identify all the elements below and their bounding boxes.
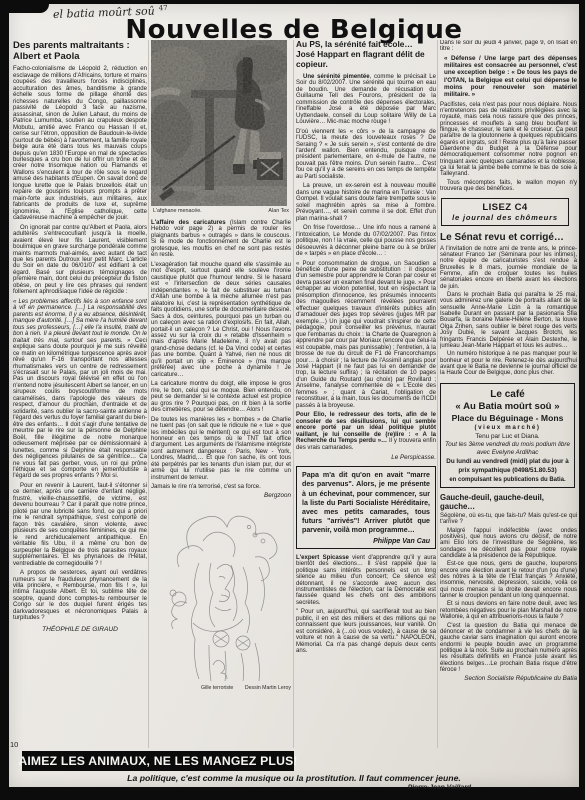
heading-line: Albert et Paola	[13, 51, 80, 62]
paragraph: Une sérénité pimentée, comme le précisai…	[296, 74, 436, 126]
section-signature: Section Socialiste Républicaine du Batia	[440, 675, 577, 682]
cafe-address: Place du Béguinage - Mons	[444, 413, 571, 423]
page-number: 10	[10, 740, 18, 749]
cafe-name: « Au Batia moûrt soû »	[444, 401, 571, 412]
paragraph: Dans le prochain Batia qui paraîtra le 2…	[440, 292, 577, 349]
column-rule	[437, 40, 438, 748]
paragraph-text: vient d'apprendre qu'il y aura bientôt d…	[296, 555, 436, 606]
paragraph: " Pour un, aujourd'hui, qui sacrifierait…	[296, 609, 436, 654]
cafe-title: Le café	[444, 389, 571, 400]
quoted-text: « Les problèmes affectifs liés à son enf…	[13, 299, 147, 344]
author-signature: Bergzoon	[151, 492, 291, 499]
paper-sheet: el batia moûrt soû47 Nouvelles de Belgiq…	[9, 4, 579, 787]
author-signature: THÉOPHILE DE GIRAUD	[13, 626, 147, 633]
cafe-hours: Du lundi au vendredi (midi) plat du jour…	[444, 458, 571, 474]
lisez-c4-box: LISEZ C4 le journal des chômeurs	[441, 198, 569, 226]
paragraph: L'affaire des caricatures (Islam contre …	[151, 220, 291, 259]
scan-corner-shadow	[9, 4, 49, 13]
paragraph-text: (Islam contre Charlie Hebdo voir page 2)…	[151, 220, 291, 258]
column-rule	[148, 40, 149, 748]
cafe-owners: Tenu par Luc et Diana.	[444, 433, 571, 440]
afghane-photo	[151, 40, 287, 206]
drawing-caption: Gille terroriste	[201, 685, 233, 691]
paragraph: La preuve, un ex-serein est à nouveau mo…	[296, 183, 436, 222]
paragraph: On frise l'overdose… Une info nous a ram…	[296, 225, 436, 257]
paragraph: A l'invitation de notre ami de trente an…	[440, 246, 577, 291]
paragraph: Malgré l'appui indéfectible (avec ondes …	[440, 528, 577, 560]
newspaper-page: el batia moûrt soû47 Nouvelles de Belgiq…	[0, 0, 585, 800]
article-heading: Au PS, la sérénité fait école… José Happ…	[296, 40, 436, 70]
paragraph: Jamais le rire n'a terrorisé, c'est sa f…	[151, 484, 291, 490]
gauche-heading: Gauche-deuil, gauche-deuil, gauche…	[440, 493, 577, 511]
paragraph: « Pour consommation de drogue, un Saoudi…	[296, 261, 436, 410]
paragraph: Dans le soir du jeudi 4 janvier, page 9,…	[440, 40, 577, 53]
afghane-photo-image	[151, 40, 287, 206]
paragraph: Tous mécomptes faits, le wallon moyen n'…	[440, 180, 577, 193]
paragraph: La caricature montre du doigt, elle impo…	[151, 381, 291, 413]
paragraph: On ignorait par contre qu'Albert et Paol…	[13, 225, 147, 296]
paragraph-text: , comme le précisait Le Soir du 8/02/200…	[296, 74, 436, 125]
paragraph: Pacifistes, cela n'est pas pour nous dép…	[440, 102, 577, 178]
article-lead: L'expert Spicasse	[296, 555, 349, 561]
cafe-event: Tout les 3ème vendredi du mois podium li…	[444, 441, 571, 457]
papa-quote-box: Papa m'a dit qu'on en avait "marre des p…	[296, 466, 436, 549]
paragraph: D'où viennent les « côrs » de la campagn…	[296, 129, 436, 181]
photo-caption: L'afghane menacée.	[153, 208, 202, 214]
quote-signature: Philippe Van Cau	[302, 538, 430, 545]
headline-quote: « Défense / Une large part des dépenses …	[444, 55, 577, 99]
column-parents-maltraitants: Des parents maltraitants : Albert et Pao…	[13, 40, 147, 748]
animals-banner: AIMEZ LES ANIMAUX, NE LES MANGEZ PLUS!	[22, 751, 294, 771]
paragraph: Pour Elio, le redresseur des torts, afin…	[296, 412, 436, 451]
paragraph: Facho-colonialisme de Léopold 2, réducti…	[13, 66, 147, 221]
lisez-title: LISEZ C4	[444, 202, 566, 213]
footer-signature: Pierre-Jean Vaillard	[309, 784, 471, 791]
heading-line: Au PS, la sérénité fait école…	[296, 40, 413, 49]
quote-text: Papa m'a dit qu'on en avait "marre des p…	[302, 471, 430, 536]
cafe-ad-box: Le café « Au Batia moûrt soû » Place du …	[440, 383, 575, 488]
author-signature: Le Perspicasse.	[296, 454, 436, 461]
article-lead: L'affaire des caricatures	[151, 220, 226, 226]
issue-number: 47	[155, 4, 168, 12]
heading-line: José Happart en flagrant délit de copieu…	[296, 49, 425, 69]
paragraph: De toutes les manières les « bombes » de…	[151, 417, 291, 482]
paragraph-text: Ceci explique sans doute pourquoi je me …	[13, 338, 147, 480]
article-heading: Des parents maltraitants : Albert et Pao…	[13, 40, 147, 62]
gille-drawing-image	[159, 507, 283, 685]
photo-caption-row: L'afghane menacée. Alan Tex	[153, 208, 289, 214]
paragraph: L'exagération fait mouche quand elle s'a…	[151, 262, 291, 378]
paragraph: Est-ce que nous, gens de gauche, loupero…	[440, 561, 577, 599]
footer-quote: La politique, c'est comme la musique ou …	[9, 773, 579, 783]
lisez-subtitle: le journal des chômeurs	[444, 213, 566, 222]
photo-credit: Alan Tex	[268, 208, 289, 214]
paragraph: Un numéro historique à ne pas manquer po…	[440, 351, 577, 376]
drawing-credit: Dessin Martin Leroy	[245, 685, 291, 691]
paragraph: C'est la question du Batia qui menace de…	[440, 623, 577, 674]
paragraph: A propos de sesterces, ayant ouï verdâtr…	[13, 570, 147, 622]
column-right: Dans le soir du jeudi 4 janvier, page 9,…	[440, 40, 577, 782]
paragraph: Ségolène, où es-tu, que fais-tu? Mais qu…	[440, 513, 577, 526]
cafe-note: en compulsant les publications du Batia.	[444, 477, 571, 483]
column-caricatures: L'afghane menacée. Alan Tex L'affaire de…	[151, 40, 291, 748]
column-ps-serenite: Au PS, la sérénité fait école… José Happ…	[296, 40, 436, 750]
cafe-address-note: (vieux marché)	[444, 424, 571, 431]
gille-drawing	[159, 507, 283, 685]
paragraph: Pour en revenir à Laurent, faut-il s'éto…	[13, 483, 147, 567]
paragraph: Et si nous devions en faire notre deuil,…	[440, 601, 577, 620]
senat-heading: Le Sénat revu et corrigé…	[440, 232, 577, 243]
paragraph: « Les problèmes affectifs liés à son enf…	[13, 299, 147, 480]
paragraph: L'expert Spicasse vient d'apprendre qu'i…	[296, 555, 436, 607]
heading-line: Des parents maltraitants :	[13, 40, 130, 51]
drawing-caption-row: Gille terroriste Dessin Martin Leroy	[201, 685, 291, 691]
column-rule	[293, 40, 294, 748]
article-lead: Une sérénité pimentée	[303, 74, 370, 80]
